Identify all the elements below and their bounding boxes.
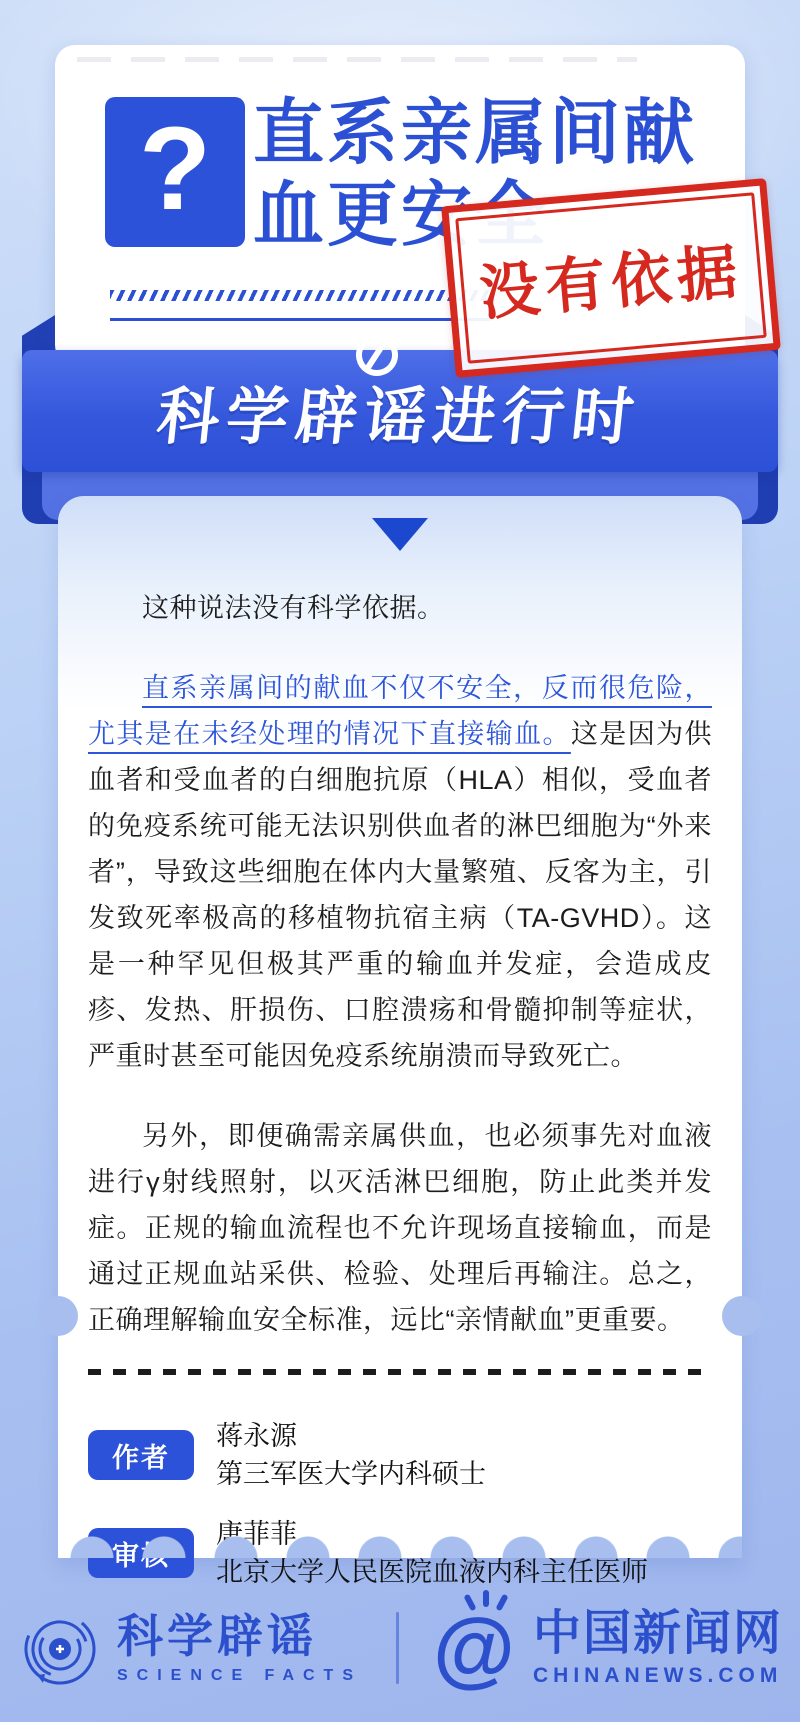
article-paragraph-2: 直系亲属间的献血不仅不安全，反而很危险，尤其是在未经处理的情况下直接输血。这是因… bbox=[88, 665, 712, 1079]
article-card: 这种说法没有科学依据。 直系亲属间的献血不仅不安全，反而很危险，尤其是在未经处理… bbox=[58, 496, 742, 1558]
title-underline-rule bbox=[110, 318, 490, 321]
down-triangle-icon bbox=[372, 518, 428, 551]
banner-title: 科学辟谣进行时 bbox=[154, 367, 646, 456]
chinanews-logo: @ 中国新闻网 CHINANEWS.COM bbox=[433, 1602, 783, 1694]
verdict-stamp: 没有依据 bbox=[441, 178, 781, 378]
question-mark-icon: ? bbox=[105, 97, 245, 247]
science-facts-logo: 科学辟谣 SCIENCE FACTS bbox=[17, 1605, 362, 1691]
chinanews-zh: 中国新闻网 bbox=[533, 1608, 783, 1661]
reviewer-affiliation: 北京大学人民医院血液内科主任医师 bbox=[216, 1553, 648, 1591]
credits-section: 作者 蒋永源 第三军医大学内科硕士 审核 唐菲菲 北京大学人民医院血液内科主任医… bbox=[58, 1375, 742, 1591]
at-sign-icon: @ bbox=[433, 1602, 519, 1694]
right-notch bbox=[722, 1296, 762, 1336]
hatch-stripes bbox=[110, 290, 495, 301]
science-facts-zh: 科学辟谣 bbox=[117, 1611, 362, 1662]
footer: 科学辟谣 SCIENCE FACTS @ 中国新闻网 CHINANEWS.COM bbox=[0, 1588, 800, 1708]
article-intro: 这种说法没有科学依据。 bbox=[88, 585, 712, 631]
banner: 科学辟谣进行时 bbox=[22, 350, 778, 472]
footer-divider bbox=[396, 1612, 399, 1684]
credit-row-author: 作者 蒋永源 第三军医大学内科硕士 bbox=[88, 1417, 712, 1493]
author-badge: 作者 bbox=[88, 1430, 194, 1480]
stamp-text: 没有依据 bbox=[476, 224, 746, 333]
scalloped-edge bbox=[58, 1536, 742, 1558]
article-body: 这种说法没有科学依据。 直系亲属间的献血不仅不安全，反而很危险，尤其是在未经处理… bbox=[58, 585, 742, 1343]
stamp-inner-border: 没有依据 bbox=[455, 192, 767, 364]
card-top-dashes bbox=[77, 57, 637, 62]
science-facts-eye-icon bbox=[17, 1605, 103, 1691]
author-affiliation: 第三军医大学内科硕士 bbox=[216, 1455, 486, 1493]
left-notch bbox=[38, 1296, 78, 1336]
article-paragraph-3: 另外，即便确需亲属供血，也必须事先对血液进行γ射线照射，以灭活淋巴细胞，防止此类… bbox=[88, 1113, 712, 1343]
author-name: 蒋永源 bbox=[216, 1417, 486, 1455]
chinanews-en: CHINANEWS.COM bbox=[533, 1664, 783, 1688]
article-paragraph-2-rest: 这是因为供血者和受血者的白细胞抗原（HLA）相似，受血者的免疫系统可能无法识别供… bbox=[88, 719, 712, 1071]
science-facts-en: SCIENCE FACTS bbox=[117, 1667, 362, 1685]
